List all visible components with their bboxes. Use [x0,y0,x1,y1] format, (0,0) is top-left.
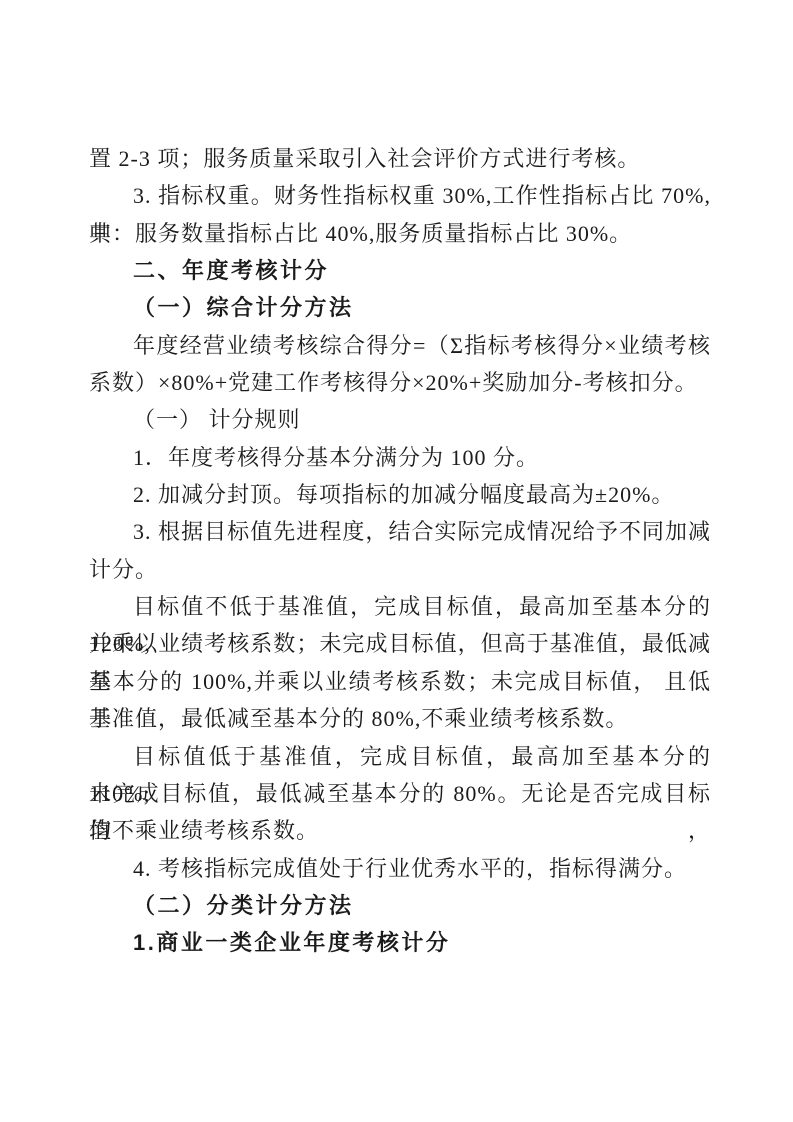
text-line: 未完成目标值，最低减至基本分的 80%。无论是否完成目标值， [89,775,711,812]
text-line: 2. 加减分封顶。每项指标的加减分幅度最高为±20%。 [89,476,711,513]
text-line: （一） 计分规则 [89,401,711,438]
document-page: 置 2-3 项；服务质量采取引入社会评价方式进行考核。3. 指标权重。财务性指标… [0,0,793,1122]
text-line: 目标值低于基准值，完成目标值，最高加至基本分的 110%; [89,738,711,775]
text-line: 1．年度考核得分基本分满分为 100 分。 [89,439,711,476]
heading-line: （一）综合计分方法 [89,289,711,326]
text-line: 并乘以业绩考核系数；未完成目标值，但高于基准值，最低减至 [89,625,711,662]
text-line: 4. 考核指标完成值处于行业优秀水平的，指标得满分。 [89,850,711,887]
document-content: 置 2-3 项；服务质量采取引入社会评价方式进行考核。3. 指标权重。财务性指标… [89,140,711,962]
text-line: 系数）×80%+党建工作考核得分×20%+奖励加分-考核扣分。 [89,364,711,401]
heading-line: 二、年度考核计分 [89,252,711,289]
text-line: 基本分的 100%,并乘以业绩考核系数；未完成目标值， 且低于 [89,663,711,700]
text-line: 置 2-3 项；服务质量采取引入社会评价方式进行考核。 [89,140,711,177]
text-line: 中：服务数量指标占比 40%,服务质量指标占比 30%。 [89,215,711,252]
heading-line: （二）分类计分方法 [89,887,711,924]
text-line: 3. 根据目标值先进程度，结合实际完成情况给予不同加减 [89,513,711,550]
text-line: 目标值不低于基准值，完成目标值，最高加至基本分的 120%, [89,588,711,625]
text-line: 基准值，最低减至基本分的 80%,不乘业绩考核系数。 [89,700,711,737]
text-line: 3. 指标权重。财务性指标权重 30%,工作性指标占比 70%, 其 [89,177,711,214]
text-line: 计分。 [89,551,711,588]
text-line: 年度经营业绩考核综合得分=（Σ指标考核得分×业绩考核 [89,327,711,364]
heading-line: 1.商业一类企业年度考核计分 [89,924,711,961]
